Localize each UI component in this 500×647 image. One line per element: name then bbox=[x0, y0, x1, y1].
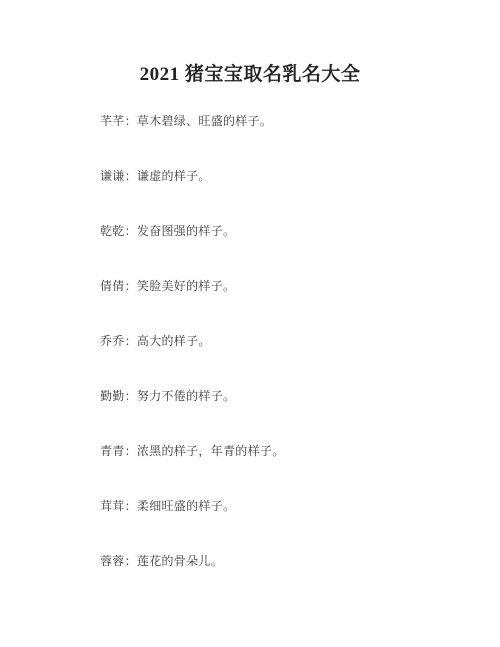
name-entry: 蓉蓉：莲花的骨朵儿。 bbox=[100, 555, 440, 568]
name-entry: 茸茸：柔细旺盛的样子。 bbox=[100, 500, 440, 513]
name-entry: 青青：浓黑的样子，年青的样子。 bbox=[100, 445, 440, 458]
name-entry: 乾乾：发奋图强的样子。 bbox=[100, 225, 440, 238]
document-title: 2021 猪宝宝取名乳名大全 bbox=[0, 0, 500, 86]
name-entry: 倩倩：笑脸美好的样子。 bbox=[100, 280, 440, 293]
name-entry: 勤勤：努力不倦的样子。 bbox=[100, 390, 440, 403]
name-entry: 芊芊：草木碧绿、旺盛的样子。 bbox=[100, 115, 440, 128]
name-entry: 谦谦：谦虚的样子。 bbox=[100, 170, 440, 183]
document-page: 2021 猪宝宝取名乳名大全 芊芊：草木碧绿、旺盛的样子。 谦谦：谦虚的样子。 … bbox=[0, 0, 500, 647]
entry-list: 芊芊：草木碧绿、旺盛的样子。 谦谦：谦虚的样子。 乾乾：发奋图强的样子。 倩倩：… bbox=[0, 115, 500, 568]
name-entry: 乔乔：高大的样子。 bbox=[100, 335, 440, 348]
